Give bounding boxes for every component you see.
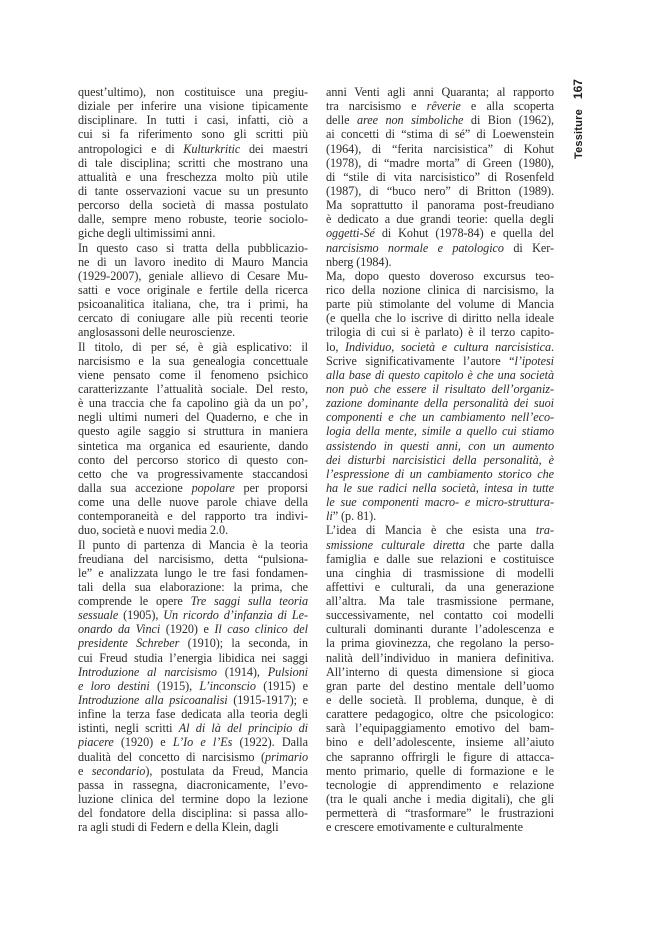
italic-text-run: L’Io e l’Es [173,735,232,749]
text-line: (1978), di “madre morta” di Green (1980)… [326,156,554,170]
text-line: percorso della società di massa postulat… [78,198,308,212]
text-run: ne di un lavoro inedito di Mauro Mancia [78,255,308,269]
text-line: Introduzione alla psicoanalisi (1915-191… [78,693,308,707]
text-run: bino e dell’adolescente, insieme all’aiu… [326,735,554,749]
italic-text-run: assistendo in questi anni, con un aument… [326,439,554,453]
text-line: ra agli studi di Federn e della Klein, d… [78,820,308,834]
text-run: Ma, dopo questo doveroso excursus teo- [326,269,554,283]
text-line: ne di un lavoro inedito di Mauro Mancia [78,255,308,269]
text-line: quest’ultimo), non costituisce una pregi… [78,85,308,99]
text-line: Ma, dopo questo doveroso excursus teo- [326,269,554,283]
text-run: (1915-1917); e [228,693,308,707]
text-run: (e quella che lo iscrive di diritto nell… [326,311,554,325]
text-line: caratterizzante l’attualità sociale. Del… [78,382,308,396]
text-line: componenti e che un cambiamento nell’eco… [326,410,554,424]
text-run: di tante osservazioni vacue su un presun… [78,184,308,198]
text-run: (1920) e [160,622,214,636]
text-line: In questo caso si tratta della pubblicaz… [78,241,308,255]
text-run: (tra le quali anche i media digitali), c… [326,792,554,806]
text-line: duo, società e nuovi media 2.0. [78,523,308,537]
text-line: affettivi e culturali, da una generazion… [326,580,554,594]
text-run: (1920) e [114,735,173,749]
text-line: (e quella che lo iscrive di diritto nell… [326,311,554,325]
text-line: (1964), di “ferita narcisistica” di Kohu… [326,142,554,156]
text-line: ai concetti di “stima di sé” di Loewenst… [326,127,554,141]
text-run: è una traccia che fa capolino già da un … [78,396,308,410]
italic-text-run: Un ricordo d’infanzia di Le- [163,608,308,622]
italic-text-run: ha le sue radici nella società, intesa i… [326,481,554,495]
text-line: dalla sua accezione popolare per propors… [78,481,308,495]
text-line: psicoanalitica italiana, che, tra i prim… [78,297,308,311]
italic-text-run: narcisismo normale e patologico [326,241,504,255]
text-run: . [551,340,554,354]
text-line: antropologici e di Kulturkritic dei maes… [78,142,308,156]
text-run: tecnologie di apprendimento e relazione [326,778,554,792]
text-line: è una traccia che fa capolino già da un … [78,396,308,410]
text-run: cercato di coniugare alle più recenti te… [78,311,308,325]
text-run: antropologici e di [78,142,183,156]
text-line: (1929-2007), geniale allievo di Cesare M… [78,269,308,283]
text-run: cui Freud studia l’energia libidica nei … [78,651,308,665]
text-line: all’altra. Ma tale trasmissione permane, [326,594,554,608]
text-line: onardo da Vinci (1920) e Il caso clinico… [78,622,308,636]
text-run: questo agile saggio si struttura in mani… [78,424,308,438]
italic-text-run: rêverie [427,99,461,113]
text-line: contemporaneità e del rapporto tra indiv… [78,509,308,523]
text-line: anglosassoni delle neuroscienze. [78,325,308,339]
text-run: per proporsi [235,481,308,495]
italic-text-run: Introduzione alla psicoanalisi [78,693,228,707]
text-line: sintetica ma organica ed esauriente, dan… [78,439,308,453]
italic-text-run: dei disturbi narcisistici della personal… [326,453,554,467]
text-run: istinti, negli scritti [78,721,179,735]
text-run: comprende le opere [78,594,191,608]
text-run: come una delle nuove parole chiave della [78,495,308,509]
text-line: e delle società. Il problema, dunque, è … [326,693,554,707]
text-line: di “stile di vita narcisistico” di Rosen… [326,170,554,184]
italic-text-run: le sue componenti macro- e micro-struttu… [326,495,554,509]
text-run: negli ultimi numeri del Quaderno, e che … [78,410,308,424]
text-line: questo agile saggio si struttura in mani… [78,424,308,438]
text-column-left: quest’ultimo), non costituisce una pregi… [78,85,308,834]
italic-text-run: Tre saggi sulla teoria [191,594,308,608]
text-run: parte più stimolante del volume di Manci… [326,297,554,311]
text-run: sintetica ma organica ed esauriente, dan… [78,439,308,453]
text-line: zazione dominante della personalità dei … [326,396,554,410]
italic-text-run: oggetti-Sé [326,226,375,240]
text-line: conto del percorso storico di questo con… [78,453,308,467]
text-line: ha le sue radici nella società, intesa i… [326,481,554,495]
text-run: ” (p. 81). [333,509,377,523]
text-run: tra narcisismo e [326,99,427,113]
text-run: attualità e una freschezza molto più uti… [78,170,308,184]
text-run: L’idea di Mancia è che esista una [326,523,536,537]
text-line: Il titolo, di per sé, è già esplicativo:… [78,340,308,354]
text-line: presidente Schreber (1910); la seconda, … [78,636,308,650]
text-run: successivamente, nel contatto coi modell… [326,608,554,622]
italic-text-run: alla base di questo capitolo è che una s… [326,368,554,382]
italic-text-run: non può che essere il risultato dell’org… [326,382,554,396]
text-line: rico della nozione clinica di narcisismo… [326,283,554,297]
text-run: lo, [326,340,345,354]
text-line: oggetti-Sé di Kohut (1978-84) e quella d… [326,226,554,240]
text-run: Il titolo, di per sé, è già esplicativo:… [78,340,308,354]
italic-text-run: Il caso clinico del [214,622,308,636]
italic-text-run: secondario [92,764,146,778]
text-line: permetterà di “trasformare” le frustrazi… [326,806,554,820]
text-run: conto del percorso storico di questo con… [78,453,308,467]
text-line: parte più stimolante del volume di Manci… [326,297,554,311]
text-line: assistendo in questi anni, con un aument… [326,439,554,453]
text-run: culturali dominanti durante l’adolescenz… [326,622,554,636]
text-line: bino e dell’adolescente, insieme all’aiu… [326,735,554,749]
text-run: che parte dalla [465,538,554,552]
text-run: percorso della società di massa postulat… [78,198,308,212]
text-run: nalità dell’individuo in maniera definit… [326,651,554,665]
text-run: dalla sua accezione [78,481,192,495]
text-run: (1910); la seconda, in [179,636,308,650]
text-run: una cinghia di trasmissione di modelli [326,566,554,580]
text-line: luzione clinica del termine dopo la lezi… [78,792,308,806]
italic-text-run: popolare [192,481,235,495]
text-run: trilogia di cui si è parlato) è il terzo… [326,325,554,339]
text-run: (1905), [118,608,163,622]
text-run: e crescere emotivamente e culturalmente [326,820,523,834]
text-run: luzione clinica del termine dopo la lezi… [78,792,308,806]
text-run: (1922). Dalla [232,735,308,749]
italic-text-run: aree non simboliche [357,113,463,127]
italic-text-run: presidente Schreber [78,636,179,650]
text-line: (1987), di “buco nero” di Britton (1989)… [326,184,554,198]
text-line: comprende le opere Tre saggi sulla teori… [78,594,308,608]
text-line: istinti, negli scritti Al di là del prin… [78,721,308,735]
text-run: affettivi e culturali, da una generazion… [326,580,554,594]
text-line: culturali dominanti durante l’adolescenz… [326,622,554,636]
text-line: anni Venti agli anni Quaranta; al rappor… [326,85,554,99]
text-line: nberg (1984). [326,255,554,269]
text-run: gran parte del destino mentale dell’uomo [326,679,554,693]
text-run: ), postulata da Freud, Mancia [145,764,308,778]
text-line: Il punto di partenza di Mancia è la teor… [78,538,308,552]
text-run: carattere pedagogico, oltre che psicolog… [326,707,554,721]
text-run: quest’ultimo), non costituisce una pregi… [78,85,308,99]
journal-section-title: Tessiture [573,109,585,159]
text-run: del fondatore della disciplina: si passa… [78,806,308,820]
text-run: giche degli ultimissimi anni. [78,226,215,240]
text-run: diziale per inferire una visione tipicam… [78,99,308,113]
text-line: una cinghia di trasmissione di modelli [326,566,554,580]
text-line: smissione culturale diretta che parte da… [326,538,554,552]
text-line: attualità e una freschezza molto più uti… [78,170,308,184]
text-run: che sapranno offrirgli le figure di atta… [326,750,554,764]
text-run: nberg (1984). [326,255,391,269]
text-run: dualità del concetto di narcisismo ( [78,750,265,764]
text-run: di Kohut (1978-84) e quella del [375,226,554,240]
text-run: sarà l’equipaggiamento emotivo del bam- [326,721,554,735]
text-run: mento primario, quelle di formazione e l… [326,764,554,778]
text-line: sessuale (1905), Un ricordo d’infanzia d… [78,608,308,622]
text-run: (1978), di “madre morta” di Green (1980)… [326,156,554,170]
text-run: tali della sua elaborazione: la prima, c… [78,580,308,594]
text-line: alla base di questo capitolo è che una s… [326,368,554,382]
text-line: infine la terza fase dedicata alla teori… [78,707,308,721]
text-run: e [78,764,92,778]
text-line: sarà l’equipaggiamento emotivo del bam- [326,721,554,735]
text-run: (1929-2007), geniale allievo di Cesare M… [78,269,308,283]
text-run: rico della nozione clinica di narcisismo… [326,283,554,297]
margin-page-header: Tessiture 167 [571,77,585,159]
text-run: narcisismo e la sua genealogia concettua… [78,354,308,368]
text-run: e alla scoperta [461,99,554,113]
italic-text-run: li [326,509,333,523]
italic-text-run: Kulturkritic [183,142,240,156]
text-run: (1915) e [256,679,308,693]
text-line: L’idea di Mancia è che esista una tra- [326,523,554,537]
text-line: le” e analizzata lungo le tre fasi fonda… [78,566,308,580]
text-run: di Ker- [504,241,554,255]
text-line: Introduzione al narcisismo (1914), Pulsi… [78,665,308,679]
text-run: caratterizzante l’attualità sociale. Del… [78,382,308,396]
text-line: del fondatore della disciplina: si passa… [78,806,308,820]
text-run: freudiana del narcisismo, detta “pulsion… [78,552,308,566]
text-run: Ma soprattutto il panorama post-freudian… [326,198,554,212]
text-line: narcisismo e la sua genealogia concettua… [78,354,308,368]
text-line: negli ultimi numeri del Quaderno, e che … [78,410,308,424]
text-line: cui si fa riferimento sono gli scritti p… [78,127,308,141]
text-run: famiglia e dalle sue relazioni e costitu… [326,552,554,566]
text-run: contemporaneità e del rapporto tra indiv… [78,509,308,523]
italic-text-run: Introduzione al narcisismo [78,665,217,679]
text-run: duo, società e nuovi media 2.0. [78,523,228,537]
page-number: 167 [571,79,585,99]
text-column-right: anni Venti agli anni Quaranta; al rappor… [326,85,554,834]
text-run: delle [326,113,357,127]
text-run: cui si fa riferimento sono gli scritti p… [78,127,308,141]
text-run: (1987), di “buco nero” di Britton (1989)… [326,184,554,198]
text-run: satti e voce originale e fertile della r… [78,283,308,297]
text-run: ai concetti di “stima di sé” di Loewenst… [326,127,554,141]
text-line: di tale disciplina; scritti che mostrano… [78,156,308,170]
text-line: le sue componenti macro- e micro-struttu… [326,495,554,509]
text-line: è dedicato a due grandi teorie: quella d… [326,212,554,226]
text-line: che sapranno offrirgli le figure di atta… [326,750,554,764]
text-line: di tante osservazioni vacue su un presun… [78,184,308,198]
text-run: di tale disciplina; scritti che mostrano… [78,156,308,170]
text-line: cercato di coniugare alle più recenti te… [78,311,308,325]
text-line: giche degli ultimissimi anni. [78,226,308,240]
text-line: delle aree non simboliche di Bion (1962)… [326,113,554,127]
text-line: l’espressione di un cambiamento storico … [326,467,554,481]
text-run: di “stile di vita narcisistico” di Rosen… [326,170,554,184]
text-line: (tra le quali anche i media digitali), c… [326,792,554,806]
text-run: e delle società. Il problema, dunque, è … [326,693,554,707]
text-line: non può che essere il risultato dell’org… [326,382,554,396]
text-line: come una delle nuove parole chiave della [78,495,308,509]
italic-text-run: smissione culturale diretta [326,538,465,552]
text-line: passa in rassegna, diacronicamente, l’ev… [78,778,308,792]
text-line: successivamente, nel contatto coi modell… [326,608,554,622]
text-line: dalle, sempre meno robuste, teorie socio… [78,212,308,226]
text-line: dei disturbi narcisistici della personal… [326,453,554,467]
text-line: lo, Individuo, società e cultura narcisi… [326,340,554,354]
italic-text-run: componenti e che un cambiamento nell’eco… [326,410,554,424]
text-run: disciplinare. In tutti i casi, infatti, … [78,113,308,127]
text-run: viene pensato come il fenomeno psichico [78,368,308,382]
text-line: famiglia e dalle sue relazioni e costitu… [326,552,554,566]
text-run: Scrive significativamente l’autore “ [326,354,515,368]
text-line: e loro destini (1915), L’inconscio (1915… [78,679,308,693]
italic-text-run: logia della mente, simile a quello cui s… [326,424,554,438]
text-run: la prima giovinezza, che regolano la per… [326,636,554,650]
text-line: Ma soprattutto il panorama post-freudian… [326,198,554,212]
text-run: anni Venti agli anni Quaranta; al rappor… [326,85,554,99]
italic-text-run: l’ipotesi [515,354,555,368]
italic-text-run: l’espressione di un cambiamento storico … [326,467,554,481]
text-line: trilogia di cui si è parlato) è il terzo… [326,325,554,339]
text-run: In questo caso si tratta della pubblicaz… [78,241,308,255]
italic-text-run: tra- [536,523,554,537]
text-run: dei maestri [240,142,308,156]
text-line: piacere (1920) e L’Io e l’Es (1922). Dal… [78,735,308,749]
text-line: carattere pedagogico, oltre che psicolog… [326,707,554,721]
italic-text-run: Al di là del principio di [179,721,308,735]
text-line: cetto che va progressivamente staccandos… [78,467,308,481]
text-run: All’interno di questa dimensione si gioc… [326,665,554,679]
text-line: narcisismo normale e patologico di Ker- [326,241,554,255]
italic-text-run: zazione dominante della personalità dei … [326,396,554,410]
text-line: disciplinare. In tutti i casi, infatti, … [78,113,308,127]
italic-text-run: piacere [78,735,114,749]
text-line: cui Freud studia l’energia libidica nei … [78,651,308,665]
text-line: gran parte del destino mentale dell’uomo [326,679,554,693]
text-line: dualità del concetto di narcisismo (prim… [78,750,308,764]
italic-text-run: L’inconscio [199,679,256,693]
text-run: cetto che va progressivamente staccandos… [78,467,308,481]
text-run: ra agli studi di Federn e della Klein, d… [78,820,279,834]
text-line: satti e voce originale e fertile della r… [78,283,308,297]
text-run: le” e analizzata lungo le tre fasi fonda… [78,566,308,580]
document-page: quest’ultimo), non costituisce una pregi… [0,0,650,937]
text-run: anglosassoni delle neuroscienze. [78,325,235,339]
text-line: nalità dell’individuo in maniera definit… [326,651,554,665]
text-run: (1915), [150,679,200,693]
text-run: (1914), [217,665,268,679]
italic-text-run: onardo da Vinci [78,622,160,636]
text-line: la prima giovinezza, che regolano la per… [326,636,554,650]
text-run: (1964), di “ferita narcisistica” di Kohu… [326,142,554,156]
text-line: e crescere emotivamente e culturalmente [326,820,554,834]
italic-text-run: sessuale [78,608,118,622]
text-line: All’interno di questa dimensione si gioc… [326,665,554,679]
text-line: mento primario, quelle di formazione e l… [326,764,554,778]
text-run: psicoanalitica italiana, che, tra i prim… [78,297,308,311]
text-run: è dedicato a due grandi teorie: quella d… [326,212,554,226]
text-line: Scrive significativamente l’autore “l’ip… [326,354,554,368]
text-line: tali della sua elaborazione: la prima, c… [78,580,308,594]
text-run: dalle, sempre meno robuste, teorie socio… [78,212,308,226]
text-run: permetterà di “trasformare” le frustrazi… [326,806,554,820]
text-run: di Bion (1962), [463,113,554,127]
text-line: diziale per inferire una visione tipicam… [78,99,308,113]
text-line: li” (p. 81). [326,509,554,523]
text-line: logia della mente, simile a quello cui s… [326,424,554,438]
text-run: passa in rassegna, diacronicamente, l’ev… [78,778,308,792]
text-run: infine la terza fase dedicata alla teori… [78,707,308,721]
italic-text-run: e loro destini [78,679,150,693]
text-line: tecnologie di apprendimento e relazione [326,778,554,792]
text-line: viene pensato come il fenomeno psichico [78,368,308,382]
text-line: e secondario), postulata da Freud, Manci… [78,764,308,778]
text-line: freudiana del narcisismo, detta “pulsion… [78,552,308,566]
text-run: Il punto di partenza di Mancia è la teor… [78,538,308,552]
text-run: all’altra. Ma tale trasmissione permane, [326,594,554,608]
italic-text-run: Pulsioni [268,665,308,679]
italic-text-run: primario [265,750,308,764]
text-line: tra narcisismo e rêverie e alla scoperta [326,99,554,113]
italic-text-run: Individuo, società e cultura narcisistic… [345,340,551,354]
